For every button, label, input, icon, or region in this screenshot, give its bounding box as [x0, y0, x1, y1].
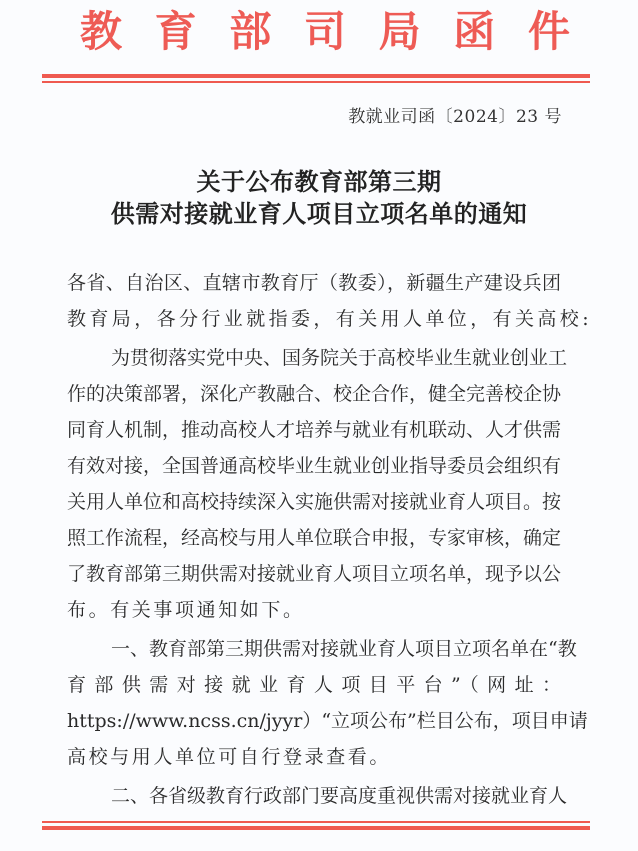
document-title-line-2: 供需对接就业育人项目立项名单的通知	[0, 198, 638, 230]
paragraph-line: 作的决策部署，深化产教融合、校企合作，健全完善校企协	[67, 376, 561, 412]
footer-rule-thin	[42, 821, 590, 823]
letterhead: 教 育 部 司 局 函 件	[80, 6, 570, 58]
paragraph-line: 布。有关事项通知如下。	[67, 592, 561, 628]
header-rule-thick	[42, 74, 590, 78]
document-number: 教就业司函〔2024〕23 号	[348, 104, 562, 130]
letterhead-char: 部	[229, 6, 271, 58]
paragraph-line: 为贯彻落实党中央、国务院关于高校毕业生就业创业工	[111, 340, 561, 376]
footer-rule-thick	[42, 826, 590, 830]
letterhead-char: 函	[453, 6, 495, 58]
header-rule-thin	[42, 81, 590, 83]
letterhead-char: 司	[304, 6, 346, 58]
item-one-link-line[interactable]: https://www.ncss.cn/jyyr）“立项公布”栏目公布，项目申请	[67, 703, 561, 739]
letterhead-char: 件	[528, 6, 570, 58]
letterhead-char: 局	[379, 6, 421, 58]
paragraph-line: 有效对接，全国普通高校毕业生就业创业指导委员会组织有	[67, 448, 561, 484]
item-one-line: 一、教育部第三期供需对接就业育人项目立项名单在“教	[111, 631, 561, 667]
item-one-line: 育部供需对接就业育人项目平台”（网址：	[67, 667, 561, 703]
paragraph-line: 关用人单位和高校持续深入实施供需对接就业育人项目。按	[67, 484, 561, 520]
item-two-line: 二、各省级教育行政部门要高度重视供需对接就业育人	[111, 778, 561, 814]
salutation-line: 各省、自治区、直辖市教育厅（教委），新疆生产建设兵团	[67, 265, 561, 301]
paragraph-line: 同育人机制，推动高校人才培养与就业有机联动、人才供需	[67, 412, 561, 448]
letterhead-char: 教	[80, 6, 122, 58]
salutation-line: 教育局，各分行业就指委，有关用人单位，有关高校:	[67, 301, 561, 337]
item-one-line: 高校与用人单位可自行登录查看。	[67, 739, 561, 775]
document-title-line-1: 关于公布教育部第三期	[0, 166, 638, 198]
letterhead-char: 育	[155, 6, 197, 58]
paragraph-line: 照工作流程，经高校与用人单位联合申报，专家审核，确定	[67, 520, 561, 556]
paragraph-line: 了教育部第三期供需对接就业育人项目立项名单，现予以公	[67, 556, 561, 592]
